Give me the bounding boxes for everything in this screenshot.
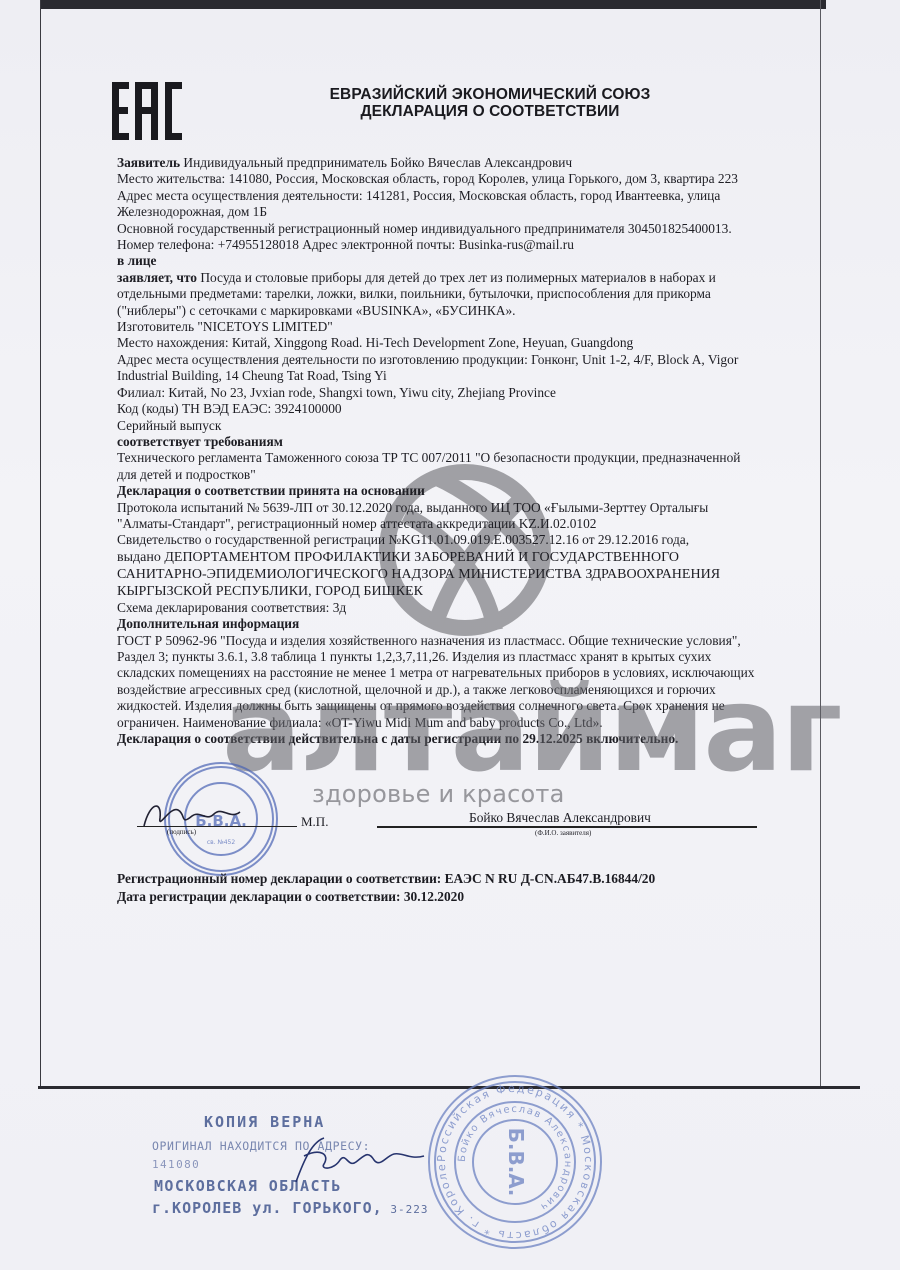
union-title: ЕВРАЗИЙСКИЙ ЭКОНОМИЧЕСКИЙ СОЮЗ	[300, 86, 680, 103]
frame-border-left	[40, 0, 41, 1088]
certificate-issuer: выдано ДЕПОРТАМЕНТОМ ПРОФИЛАКТИКИ ЗАБОРЕ…	[117, 549, 757, 600]
watermark-brand: алтаймаг	[222, 670, 840, 788]
manufacturer: Изготовитель "NICETOYS LIMITED"	[117, 319, 757, 335]
frame-border-right	[820, 0, 821, 1088]
eac-logo-icon	[112, 82, 182, 140]
signature-caption: (подпись)	[167, 828, 196, 836]
basis-label: Декларация о соответствии принята на осн…	[117, 483, 757, 499]
signature-line	[137, 826, 297, 827]
svg-text:Б.В.А.: Б.В.А.	[504, 1128, 528, 1197]
conforms-label: соответствует требованиям	[117, 434, 757, 450]
copy-signature-scribble-icon	[290, 1130, 430, 1190]
declares-line: заявляет, что Посуда и столовые приборы …	[117, 270, 757, 319]
declaration-scheme: Схема декларирования соответствия: 3д	[117, 600, 757, 616]
applicant-residence: Место жительства: 141080, Россия, Москов…	[117, 171, 757, 187]
registration-date: Дата регистрации декларации о соответств…	[117, 888, 777, 906]
applicant-contacts: Номер телефона: +74955128018 Адрес элект…	[117, 237, 757, 253]
registration-block: Регистрационный номер декларации о соотв…	[117, 870, 777, 905]
document-header: ЕВРАЗИЙСКИЙ ЭКОНОМИЧЕСКИЙ СОЮЗ ДЕКЛАРАЦИ…	[300, 86, 680, 120]
copy-stamp-title: КОПИЯ ВЕРНА	[204, 1113, 325, 1131]
production-type: Серийный выпуск	[117, 418, 757, 434]
hs-code: Код (коды) ТН ВЭД ЕАЭС: 3924100000	[117, 401, 757, 417]
copy-stamp-street: г.КОРОЛЕВ ул. ГОРЬКОГО, 3-223	[152, 1199, 428, 1217]
applicant-line: Заявитель Индивидуальный предприниматель…	[117, 155, 757, 171]
name-line	[377, 826, 757, 828]
copy-stamp-postcode: 141080	[152, 1158, 200, 1171]
seal-place-label: М.П.	[301, 814, 328, 830]
seal-stamp-bottom-icon: Российская Федерация * Московская област…	[425, 1072, 605, 1252]
conforms-regulation: Технического регламента Таможенного союз…	[117, 450, 757, 483]
production-address: Адрес места осуществления деятельности п…	[117, 352, 757, 385]
applicant-activity-address: Адрес места осуществления деятельности: …	[117, 188, 757, 221]
scan-top-edge	[40, 0, 826, 9]
signature-block: (подпись) М.П. Бойко Вячеслав Александро…	[117, 804, 777, 844]
registration-certificate: Свидетельство о государственной регистра…	[117, 532, 757, 548]
test-protocol: Протокола испытаний № 5639-ЛП от 30.12.2…	[117, 500, 757, 533]
applicant-ogrnip: Основной государственный регистрационный…	[117, 221, 757, 237]
additional-label: Дополнительная информация	[117, 616, 757, 632]
applicant-full-name: Бойко Вячеслав Александрович	[469, 810, 651, 826]
branch-address: Филиал: Китай, No 23, Jvxian rode, Shang…	[117, 385, 757, 401]
registration-number: Регистрационный номер декларации о соотв…	[117, 870, 777, 888]
document-title: ДЕКЛАРАЦИЯ О СООТВЕТСТВИИ	[300, 103, 680, 120]
declaration-body: Заявитель Индивидуальный предприниматель…	[117, 155, 757, 747]
in-person-label: в лице	[117, 253, 757, 269]
manufacturer-location: Место нахождения: Китай, Xinggong Road. …	[117, 335, 757, 351]
document-page: ЕВРАЗИЙСКИЙ ЭКОНОМИЧЕСКИЙ СОЮЗ ДЕКЛАРАЦИ…	[0, 0, 900, 1270]
name-caption: (Ф.И.О. заявителя)	[535, 829, 591, 837]
